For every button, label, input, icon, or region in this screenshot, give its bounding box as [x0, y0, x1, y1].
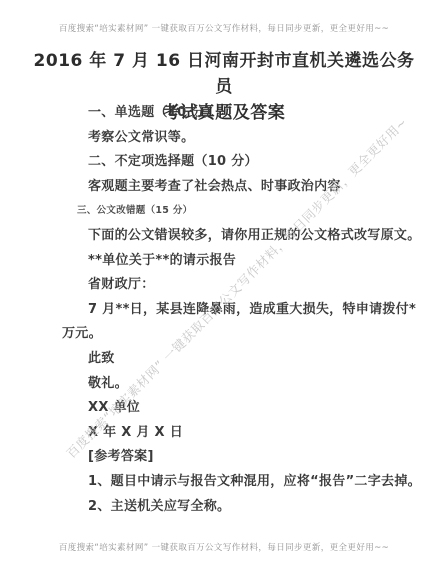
promo-footer-text: 百度搜索“培实素材网” 一键获取百万公文写作材料，每日同步更新，更全更好用~~ — [0, 541, 448, 553]
paragraph: 敬礼。 — [62, 372, 396, 397]
paragraph: 省财政厅： — [62, 273, 396, 298]
section-heading-3: 三、公文改错题（15 分） — [62, 199, 396, 224]
paragraph: **单位关于**的请示报告 — [62, 249, 396, 274]
section-heading-2: 二、不定项选择题（10 分） — [62, 150, 396, 175]
paragraph: 此致 — [62, 347, 396, 372]
paragraph: X 年 X 月 X 日 — [62, 421, 396, 446]
paragraph: 7 月**日，某县连降暴雨，造成重大损失，特申请拨付* — [62, 298, 396, 323]
answer-item-2: 2、主送机关应写全称。 — [62, 495, 396, 520]
paragraph: XX 单位 — [62, 396, 396, 421]
paragraph-continuation: 万元。 — [62, 322, 396, 347]
section-heading-1: 一、单选题（10 分） — [62, 101, 396, 126]
paragraph: 客观题主要考查了社会热点、时事政治内容 — [62, 175, 396, 200]
paragraph: 下面的公文错误较多，请你用正规的公文格式改写原文。 — [62, 224, 396, 249]
document-title-line-1: 2016 年 7 月 16 日河南开封市直机关遴选公务员 — [30, 48, 418, 100]
document-page: 百度搜索“培实素材网” 一键获取百万公文写作材料，每日同步更新，更全更好用~~ … — [0, 0, 448, 580]
answer-key-heading: [参考答案] — [62, 445, 396, 470]
document-body: 一、单选题（10 分） 考察公文常识等。 二、不定项选择题（10 分） 客观题主… — [62, 101, 396, 519]
answer-item-1: 1、题目中请示与报告文种混用，应将“报告”二字去掉。 — [62, 470, 396, 495]
promo-header-text: 百度搜索“培实素材网” 一键获取百万公文写作材料，每日同步更新，更全更好用~~ — [0, 22, 448, 34]
paragraph: 考察公文常识等。 — [62, 126, 396, 151]
